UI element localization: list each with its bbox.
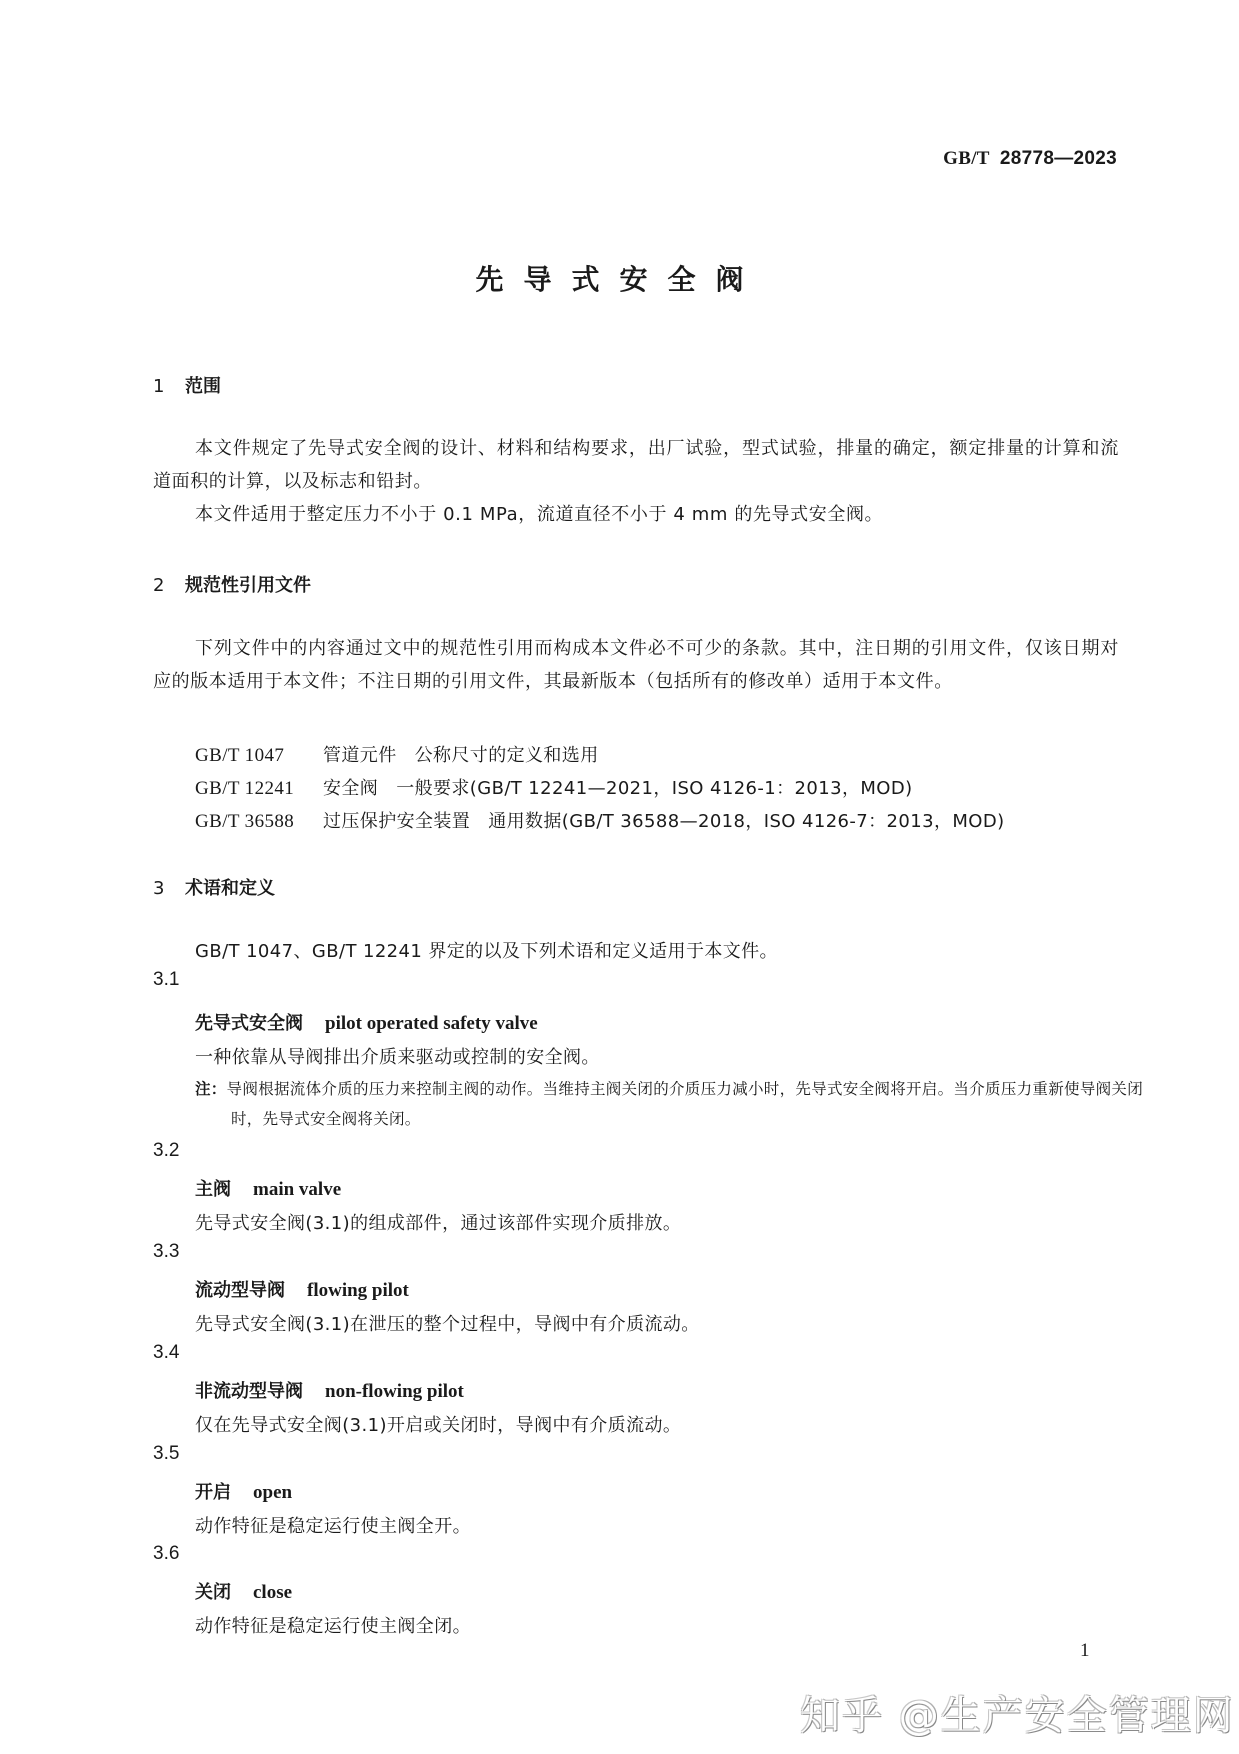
standard-number: 28778—2023 — [1000, 148, 1117, 169]
section-number: 2 — [153, 575, 185, 596]
term-definition: 仅在先导式安全阀(3.1)开启或关闭时，导阀中有介质流动。 — [195, 1411, 681, 1437]
note-text: 导阀根据流体介质的压力来控制主阀的动作。当维持主阀关闭的介质压力减小时，先导式安… — [227, 1080, 1143, 1128]
term-entry: 流动型导阀flowing pilot — [195, 1276, 409, 1302]
clause-number: 3.5 — [153, 1443, 179, 1465]
section-title: 范围 — [185, 376, 221, 397]
term-en: main valve — [253, 1179, 341, 1200]
term-entry: 先导式安全阀pilot operated safety valve — [195, 1009, 538, 1035]
reference-code: GB/T 12241 — [195, 778, 323, 800]
reference-code: GB/T 36588 — [195, 811, 323, 833]
section-heading-terms-definitions: 3术语和定义 — [153, 874, 275, 900]
term-zh: 先导式安全阀 — [195, 1013, 303, 1034]
term-en: close — [253, 1582, 292, 1603]
term-en: pilot operated safety valve — [325, 1013, 538, 1034]
term-zh: 主阀 — [195, 1179, 231, 1200]
term-definition: 动作特征是稳定运行使主阀全闭。 — [195, 1612, 471, 1638]
term-zh: 非流动型导阀 — [195, 1381, 303, 1402]
reference-subtitle: 通用数据(GB/T 36588—2018，ISO 4126-7：2013，MOD… — [488, 811, 1004, 832]
reference-item: GB/T 12241安全阀一般要求(GB/T 12241—2021，ISO 41… — [195, 774, 913, 800]
paragraph: 本文件规定了先导式安全阀的设计、材料和结构要求，出厂试验，型式试验，排量的确定，… — [153, 432, 1119, 498]
term-zh: 关闭 — [195, 1582, 231, 1603]
term-definition: 先导式安全阀(3.1)在泄压的整个过程中，导阀中有介质流动。 — [195, 1310, 700, 1336]
reference-code: GB/T 1047 — [195, 745, 323, 767]
reference-name: 管道元件 — [323, 745, 397, 766]
reference-subtitle: 一般要求(GB/T 12241—2021，ISO 4126-1：2013，MOD… — [396, 778, 912, 799]
clause-number: 3.6 — [153, 1543, 179, 1565]
term-entry: 非流动型导阀non-flowing pilot — [195, 1377, 464, 1403]
term-definition: 动作特征是稳定运行使主阀全开。 — [195, 1512, 471, 1538]
term-zh: 开启 — [195, 1482, 231, 1503]
term-en: flowing pilot — [307, 1280, 409, 1301]
clause-number: 3.3 — [153, 1241, 179, 1263]
term-definition: 先导式安全阀(3.1)的组成部件，通过该部件实现介质排放。 — [195, 1209, 681, 1235]
standard-code: GB/T 28778—2023 — [943, 148, 1117, 170]
reference-item: GB/T 36588过压保护安全装置通用数据(GB/T 36588—2018，I… — [195, 807, 1005, 833]
section-number: 3 — [153, 878, 185, 899]
clause-number: 3.1 — [153, 969, 179, 991]
note-label: 注： — [195, 1080, 227, 1098]
section-title: 规范性引用文件 — [185, 575, 311, 596]
paragraph: 下列文件中的内容通过文中的规范性引用而构成本文件必不可少的条款。其中，注日期的引… — [153, 632, 1119, 698]
page-number: 1 — [1080, 1640, 1090, 1662]
reference-item: GB/T 1047管道元件公称尺寸的定义和选用 — [195, 741, 599, 767]
reference-subtitle: 公称尺寸的定义和选用 — [415, 745, 599, 766]
term-en: open — [253, 1482, 292, 1503]
term-en: non-flowing pilot — [325, 1381, 464, 1402]
standard-prefix: GB/T — [943, 148, 990, 169]
reference-name: 过压保护安全装置 — [323, 811, 470, 832]
section-title: 术语和定义 — [185, 878, 275, 899]
clause-number: 3.4 — [153, 1342, 179, 1364]
document-title: 先导式安全阀 — [0, 258, 1239, 298]
reference-name: 安全阀 — [323, 778, 378, 799]
clause-number: 3.2 — [153, 1140, 179, 1162]
term-entry: 开启open — [195, 1478, 292, 1504]
term-zh: 流动型导阀 — [195, 1280, 285, 1301]
term-definition: 一种依靠从导阀排出介质来驱动或控制的安全阀。 — [195, 1043, 600, 1069]
term-entry: 主阀main valve — [195, 1175, 341, 1201]
section-heading-scope: 1范围 — [153, 372, 221, 398]
section-intro: GB/T 1047、GB/T 12241 界定的以及下列术语和定义适用于本文件。 — [195, 937, 778, 963]
section-number: 1 — [153, 376, 185, 397]
term-note: 注：导阀根据流体介质的压力来控制主阀的动作。当维持主阀关闭的介质压力减小时，先导… — [195, 1074, 1161, 1134]
watermark: 知乎 @生产安全管理网 — [800, 1684, 1235, 1741]
term-entry: 关闭close — [195, 1578, 292, 1604]
section-heading-normative-references: 2规范性引用文件 — [153, 571, 311, 597]
paragraph: 本文件适用于整定压力不小于 0.1 MPa，流道直径不小于 4 mm 的先导式安… — [153, 498, 1119, 531]
